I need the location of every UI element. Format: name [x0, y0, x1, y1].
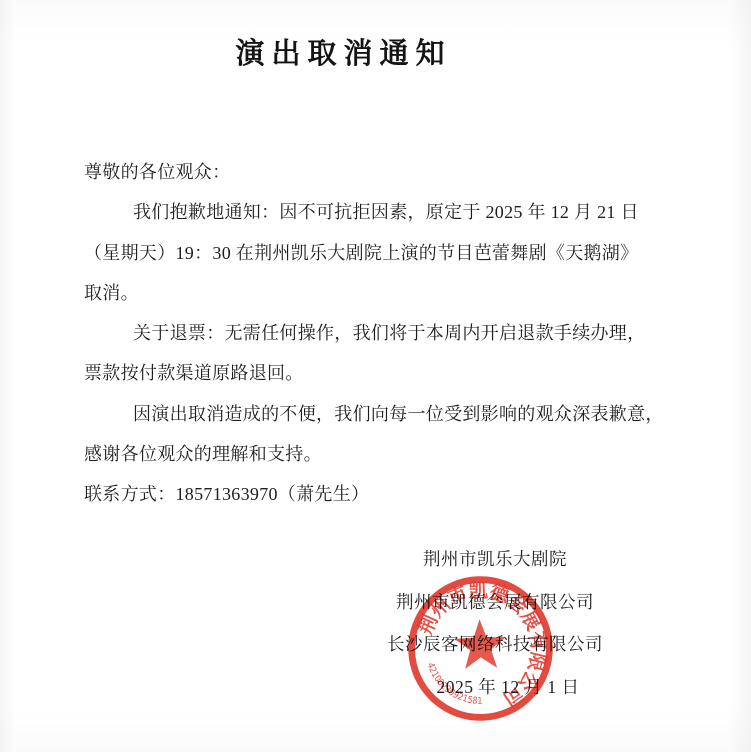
notice-document: 演出取消通知 尊敬的各位观众： 我们抱歉地通知：因不可抗拒因素，原定于 2025…: [0, 0, 751, 752]
body-line: 取消。: [84, 279, 695, 319]
body-line: 因演出取消造成的不便，我们向每一位受到影响的观众深表歉意，: [84, 400, 695, 440]
body-line: 关于退票：无需任何操作，我们将于本周内开启退款手续办理，: [84, 319, 695, 359]
body-line: 票款按付款渠道原路退回。: [84, 359, 695, 399]
body-line: （星期天）19：30 在荆州凯乐大剧院上演的节目芭蕾舞剧《天鹅湖》: [84, 239, 695, 279]
body-line: 我们抱歉地通知：因不可抗拒因素，原定于 2025 年 12 月 21 日: [84, 198, 695, 238]
page-title: 演出取消通知: [0, 31, 687, 72]
notice-body: 尊敬的各位观众： 我们抱歉地通知：因不可抗拒因素，原定于 2025 年 12 月…: [84, 158, 695, 521]
company-seal: 荆州市凯德会展有限公司 42100230921581: [397, 565, 564, 732]
star-icon: [454, 618, 507, 669]
body-line: 感谢各位观众的理解和支持。: [84, 440, 695, 480]
salutation-line: 尊敬的各位观众：: [84, 158, 695, 198]
contact-line: 联系方式：18571363970（萧先生）: [84, 480, 695, 520]
